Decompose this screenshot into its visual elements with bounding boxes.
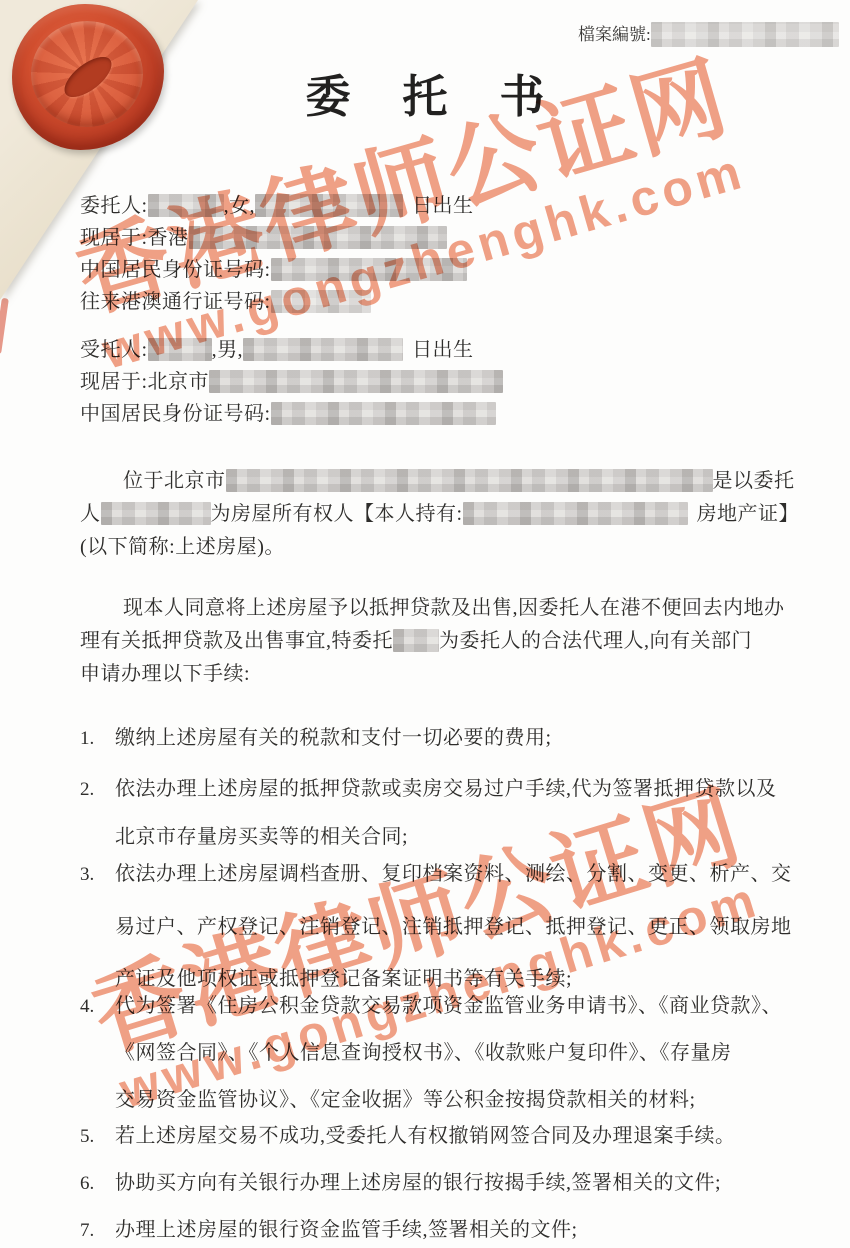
property-text: 位于北京市 xyxy=(123,470,226,492)
list-item-line: 若上述房屋交易不成功,受委托人有权撤销网签合同及办理退案手续。 xyxy=(115,1125,736,1147)
redacted-birthdate xyxy=(243,338,403,361)
list-item-3-cont: 产证及他项权证或抵押登记备案证明书等有关手续; xyxy=(115,966,572,993)
list-item-line: 依法办理上述房屋的抵押贷款或卖房交易过户手续,代为签署抵押贷款以及 xyxy=(115,778,777,800)
redacted-name xyxy=(148,338,212,361)
agent-label: 受托人: xyxy=(80,339,148,361)
list-item-line: 《网签合同》、《个人信息查询授权书》、《收款账户复印件》、《存量房 xyxy=(115,1042,732,1064)
property-line-1: 位于北京市是以委托 xyxy=(80,468,795,495)
redacted-address xyxy=(189,226,447,249)
gender-text: ,女, xyxy=(224,195,256,217)
authorization-text: 现本人同意将上述房屋予以抵押贷款及出售,因委托人在港不便回去内地办 xyxy=(123,597,785,619)
file-number-row: 檔案編號: xyxy=(578,20,839,47)
redacted-name xyxy=(101,502,211,525)
redacted-permit-number xyxy=(271,290,371,313)
agent-line-3: 中国居民身份证号码: xyxy=(80,401,496,428)
authorization-text: 申请办理以下手续: xyxy=(80,663,250,685)
list-item-line: 缴纳上述房屋有关的税款和支付一切必要的费用; xyxy=(115,727,552,749)
authorization-line-1: 现本人同意将上述房屋予以抵押贷款及出售,因委托人在港不便回去内地办 xyxy=(80,595,785,622)
birth-suffix: 日出生 xyxy=(412,195,474,217)
redacted-birthdate xyxy=(255,194,403,217)
property-text: 是以委托 xyxy=(713,470,795,492)
redacted-property-address xyxy=(226,469,713,492)
list-item-line: 依法办理上述房屋调档查册、复印档案资料、测绘、分割、变更、析产、交 xyxy=(115,863,792,885)
property-text: 为房屋所有权人【本人持有: xyxy=(211,503,463,525)
list-item-4-cont: 《网签合同》、《个人信息查询授权书》、《收款账户复印件》、《存量房 xyxy=(115,1040,732,1067)
list-item-line: 交易资金监管协议》、《定金收据》等公积金按揭贷款相关的材料; xyxy=(115,1089,696,1111)
authorization-line-3: 申请办理以下手续: xyxy=(80,661,250,688)
list-item-line: 办理上述房屋的银行资金监管手续,签署相关的文件; xyxy=(115,1219,578,1241)
redacted-id-number xyxy=(271,258,467,281)
birth-suffix: 日出生 xyxy=(412,339,474,361)
list-item-number: 4. xyxy=(80,993,115,1020)
list-item-line: 北京市存量房买卖等的相关合同; xyxy=(115,826,408,848)
property-line-2: 人为房屋所有权人【本人持有:房地产证】 xyxy=(80,501,799,528)
list-item-number: 6. xyxy=(80,1170,115,1197)
list-item-number: 7. xyxy=(80,1217,115,1244)
property-line-3: (以下简称:上述房屋)。 xyxy=(80,534,285,561)
redacted-certificate-number xyxy=(463,502,688,525)
authorization-line-2: 理有关抵押贷款及出售事宜,特委托为委托人的合法代理人,向有关部门 xyxy=(80,628,752,655)
list-item-number: 3. xyxy=(80,861,115,888)
agent-line-1: 受托人:,男,日出生 xyxy=(80,337,474,364)
list-item-6: 6.协助买方向有关银行办理上述房屋的银行按揭手续,签署相关的文件; xyxy=(80,1170,721,1197)
authorization-text: 理有关抵押贷款及出售事宜,特委托 xyxy=(80,630,393,652)
list-item-2: 2.依法办理上述房屋的抵押贷款或卖房交易过户手续,代为签署抵押贷款以及 xyxy=(80,776,777,803)
id-number-label: 中国居民身份证号码: xyxy=(80,403,271,425)
list-item-number: 2. xyxy=(80,776,115,803)
list-item-7: 7.办理上述房屋的银行资金监管手续,签署相关的文件; xyxy=(80,1217,578,1244)
watermark: 香港律师公证网 www.gongzhenghk.com xyxy=(40,764,811,1129)
redacted-address xyxy=(209,370,503,393)
document-page: 檔案編號: 委托书 委托人:,女,日出生 现居于:香港 中国居民身份证号码: 往… xyxy=(0,0,850,1248)
property-text: 房地产证】 xyxy=(697,503,800,525)
redacted-id-number xyxy=(271,402,496,425)
file-number-redacted xyxy=(651,22,839,47)
list-item-number: 5. xyxy=(80,1123,115,1150)
list-item-line: 代为签署《住房公积金贷款交易款项资金监管业务申请书》、《商业贷款》、 xyxy=(115,995,782,1017)
file-number-label: 檔案編號: xyxy=(578,25,651,44)
agent-line-2: 现居于:北京市 xyxy=(80,369,503,396)
authorization-text: 为委托人的合法代理人,向有关部门 xyxy=(439,630,752,652)
residence-label: 现居于:北京市 xyxy=(80,371,209,393)
redacted-name xyxy=(393,629,439,652)
list-item-line: 易过户、产权登记、注销登记、注销抵押登记、抵押登记、更正、领取房地 xyxy=(115,916,792,938)
list-item-3-cont: 易过户、产权登记、注销登记、注销抵押登记、抵押登记、更正、领取房地 xyxy=(115,914,792,941)
list-item-4-cont: 交易资金监管协议》、《定金收据》等公积金按揭贷款相关的材料; xyxy=(115,1087,696,1114)
gender-text: ,男, xyxy=(212,339,244,361)
list-item-1: 1.缴纳上述房屋有关的税款和支付一切必要的费用; xyxy=(80,725,552,752)
list-item-5: 5.若上述房屋交易不成功,受委托人有权撤销网签合同及办理退案手续。 xyxy=(80,1123,736,1150)
list-item-line: 协助买方向有关银行办理上述房屋的银行按揭手续,签署相关的文件; xyxy=(115,1172,721,1194)
list-item-number: 1. xyxy=(80,725,115,752)
list-item-2-cont: 北京市存量房买卖等的相关合同; xyxy=(115,824,408,851)
list-item-3: 3.依法办理上述房屋调档查册、复印档案资料、测绘、分割、变更、析产、交 xyxy=(80,861,792,888)
list-item-4: 4.代为签署《住房公积金贷款交易款项资金监管业务申请书》、《商业贷款》、 xyxy=(80,993,782,1020)
property-text: (以下简称:上述房屋)。 xyxy=(80,536,285,558)
property-text: 人 xyxy=(80,503,101,525)
list-item-line: 产证及他项权证或抵押登记备案证明书等有关手续; xyxy=(115,968,572,990)
binding-thread xyxy=(0,298,9,354)
